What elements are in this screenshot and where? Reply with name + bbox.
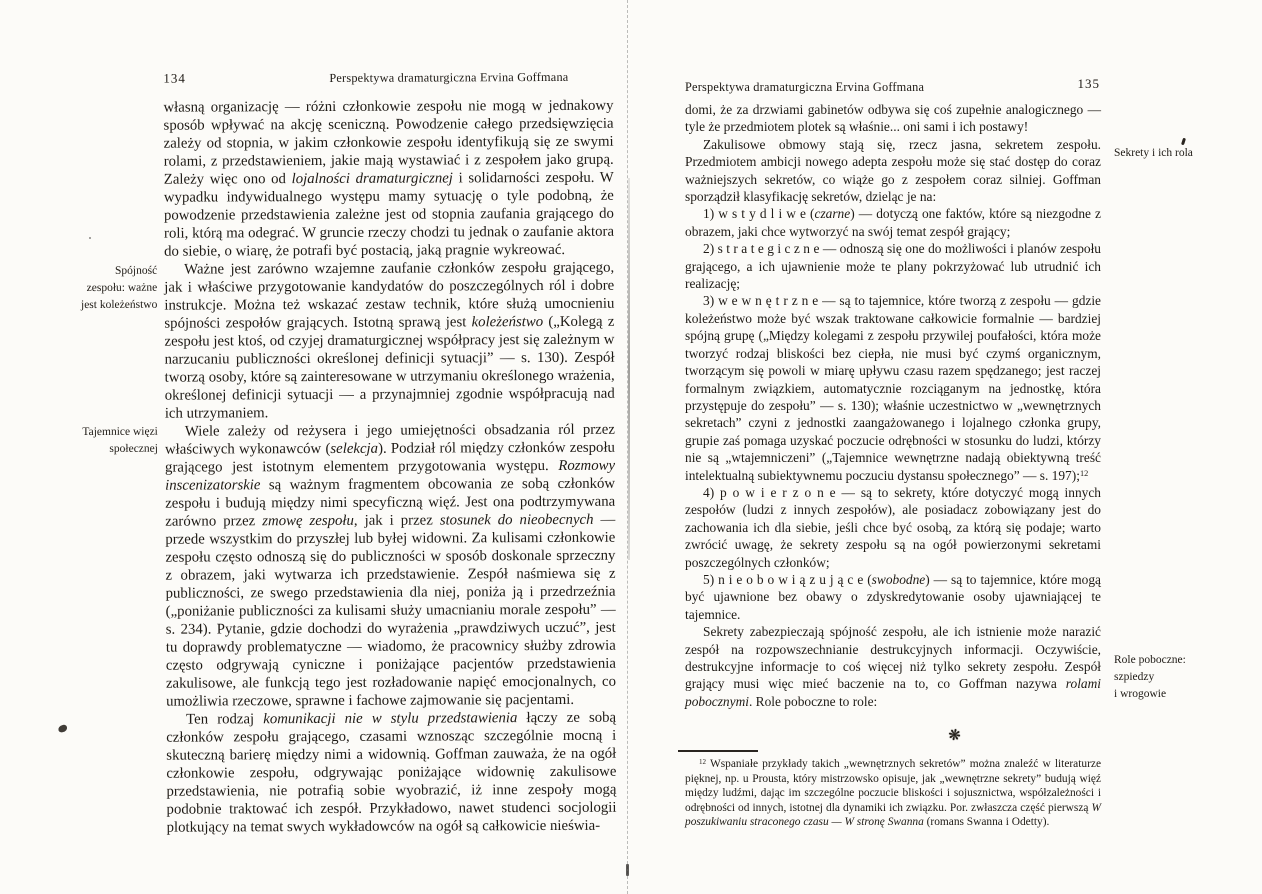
page-134: 134 Perspektywa dramaturgiczna Ervina Go…	[0, 0, 633, 894]
ink-smudge	[57, 724, 68, 733]
paragraph: Wiele zależy od reżysera i jego umiejętn…	[165, 421, 616, 711]
margin-note: Spójnośćzespołu: ważnejest koleżeństwo	[43, 263, 157, 314]
body-text: domi, że za drzwiami gabinetów odbywa si…	[685, 101, 1101, 710]
body-text: własną organizację — różni członkowie ze…	[163, 97, 616, 837]
paragraph: Ten rodzaj komunikacji nie w stylu przed…	[166, 709, 617, 837]
running-head: Perspektywa dramaturgiczna Ervina Goffma…	[685, 80, 924, 95]
paragraph: 3) w e w n ę t r z n e — są to tajemnice…	[685, 292, 1101, 483]
margin-note: Sekrety i ich rola	[1114, 145, 1239, 162]
paragraph: 5) n i e o b o w i ą z u j ą c e (swobod…	[685, 571, 1101, 623]
page-135: Perspektywa dramaturgiczna Ervina Goffma…	[631, 0, 1262, 894]
paragraph: domi, że za drzwiami gabinetów odbywa si…	[685, 101, 1101, 136]
paragraph: własną organizację — różni członkowie ze…	[163, 97, 614, 261]
paragraph: 4) p o w i e r z o n e — są to sekrety, …	[685, 484, 1101, 571]
book-scan: 134 Perspektywa dramaturgiczna Ervina Go…	[0, 0, 1262, 894]
footnote: 12 Wspaniałe przykłady takich „wewnętrzn…	[685, 757, 1101, 830]
page-number: 134	[163, 71, 186, 87]
paragraph: 1) w s t y d l i w e (czarne) — dotyczą …	[685, 205, 1101, 240]
ink-smudge-flower-icon: ❋	[946, 725, 962, 746]
margin-note: Tajemnice więzispołecznej	[44, 424, 158, 458]
paragraph: 2) s t r a t e g i c z n e — odnoszą się…	[685, 240, 1101, 292]
margin-note: Role poboczne:szpiedzyi wrogowie	[1114, 652, 1239, 703]
footnote-rule	[678, 750, 758, 752]
paragraph: Ważne jest zarówno wzajemne zaufanie czł…	[164, 259, 615, 423]
running-head: Perspektywa dramaturgiczna Ervina Goffma…	[329, 70, 568, 86]
paragraph: Sekrety zabezpieczają spójność zespołu, …	[685, 623, 1101, 710]
paragraph: Zakulisowe obmowy stają się, rzecz jasna…	[685, 136, 1101, 206]
page-number: 135	[1060, 76, 1100, 92]
